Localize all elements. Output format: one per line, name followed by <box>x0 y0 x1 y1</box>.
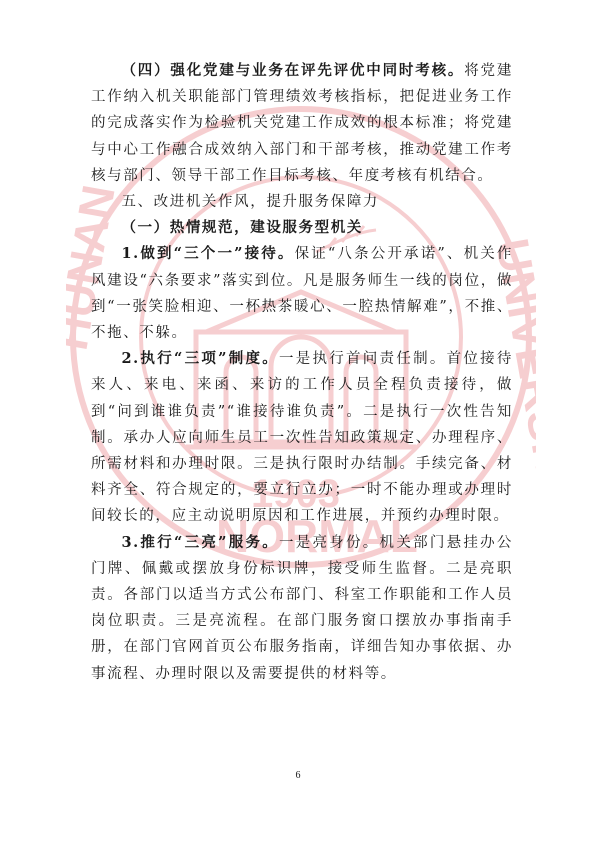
subsection-heading-one: （一）热情规范，建设服务型机关 <box>91 215 513 241</box>
paragraph-body: 一是亮身份。机关部门悬挂办公门牌、佩戴或摆放身份标识牌，接受师生监督。二是亮职责… <box>91 535 513 682</box>
section-title: 五、改进机关作风，提升服务保障力 <box>121 194 379 210</box>
paragraph-heading: 3.推行“三亮”服务。 <box>121 534 279 551</box>
paragraph-three-displays-service: 3.推行“三亮”服务。一是亮身份。机关部门悬挂办公门牌、佩戴或摆放身份标识牌，接… <box>91 530 513 687</box>
section-heading-five: 五、改进机关作风，提升服务保障力 <box>91 189 513 215</box>
document-body: （四）强化党建与业务在评先评优中同时考核。将党建工作纳入机关职能部门管理绩效考核… <box>91 58 513 687</box>
paragraph-body: 将党建工作纳入机关职能部门管理绩效考核指标，把促进业务工作的完成落实作为检验机关… <box>91 63 513 184</box>
paragraph-three-systems: 2.执行“三项”制度。一是执行首问责任制。首位接待来人、来电、来函、来访的工作人… <box>91 346 513 529</box>
paragraph-party-building-assessment: （四）强化党建与业务在评先评优中同时考核。将党建工作纳入机关职能部门管理绩效考核… <box>91 58 513 189</box>
paragraph-body: 一是执行首问责任制。首位接待来人、来电、来函、来访的工作人员全程负责接待，做到“… <box>91 351 513 524</box>
paragraph-heading: 1.做到“三个一”接待。 <box>121 245 294 262</box>
subsection-title: （一）热情规范，建设服务型机关 <box>121 219 363 236</box>
paragraph-heading: （四）强化党建与业务在评先评优中同时考核。 <box>121 62 464 79</box>
paragraph-three-ones-reception: 1.做到“三个一”接待。保证“八条公开承诺”、机关作风建设“六条要求”落实到位。… <box>91 241 513 346</box>
page-number: 6 <box>0 770 596 781</box>
paragraph-heading: 2.执行“三项”制度。 <box>121 350 279 367</box>
